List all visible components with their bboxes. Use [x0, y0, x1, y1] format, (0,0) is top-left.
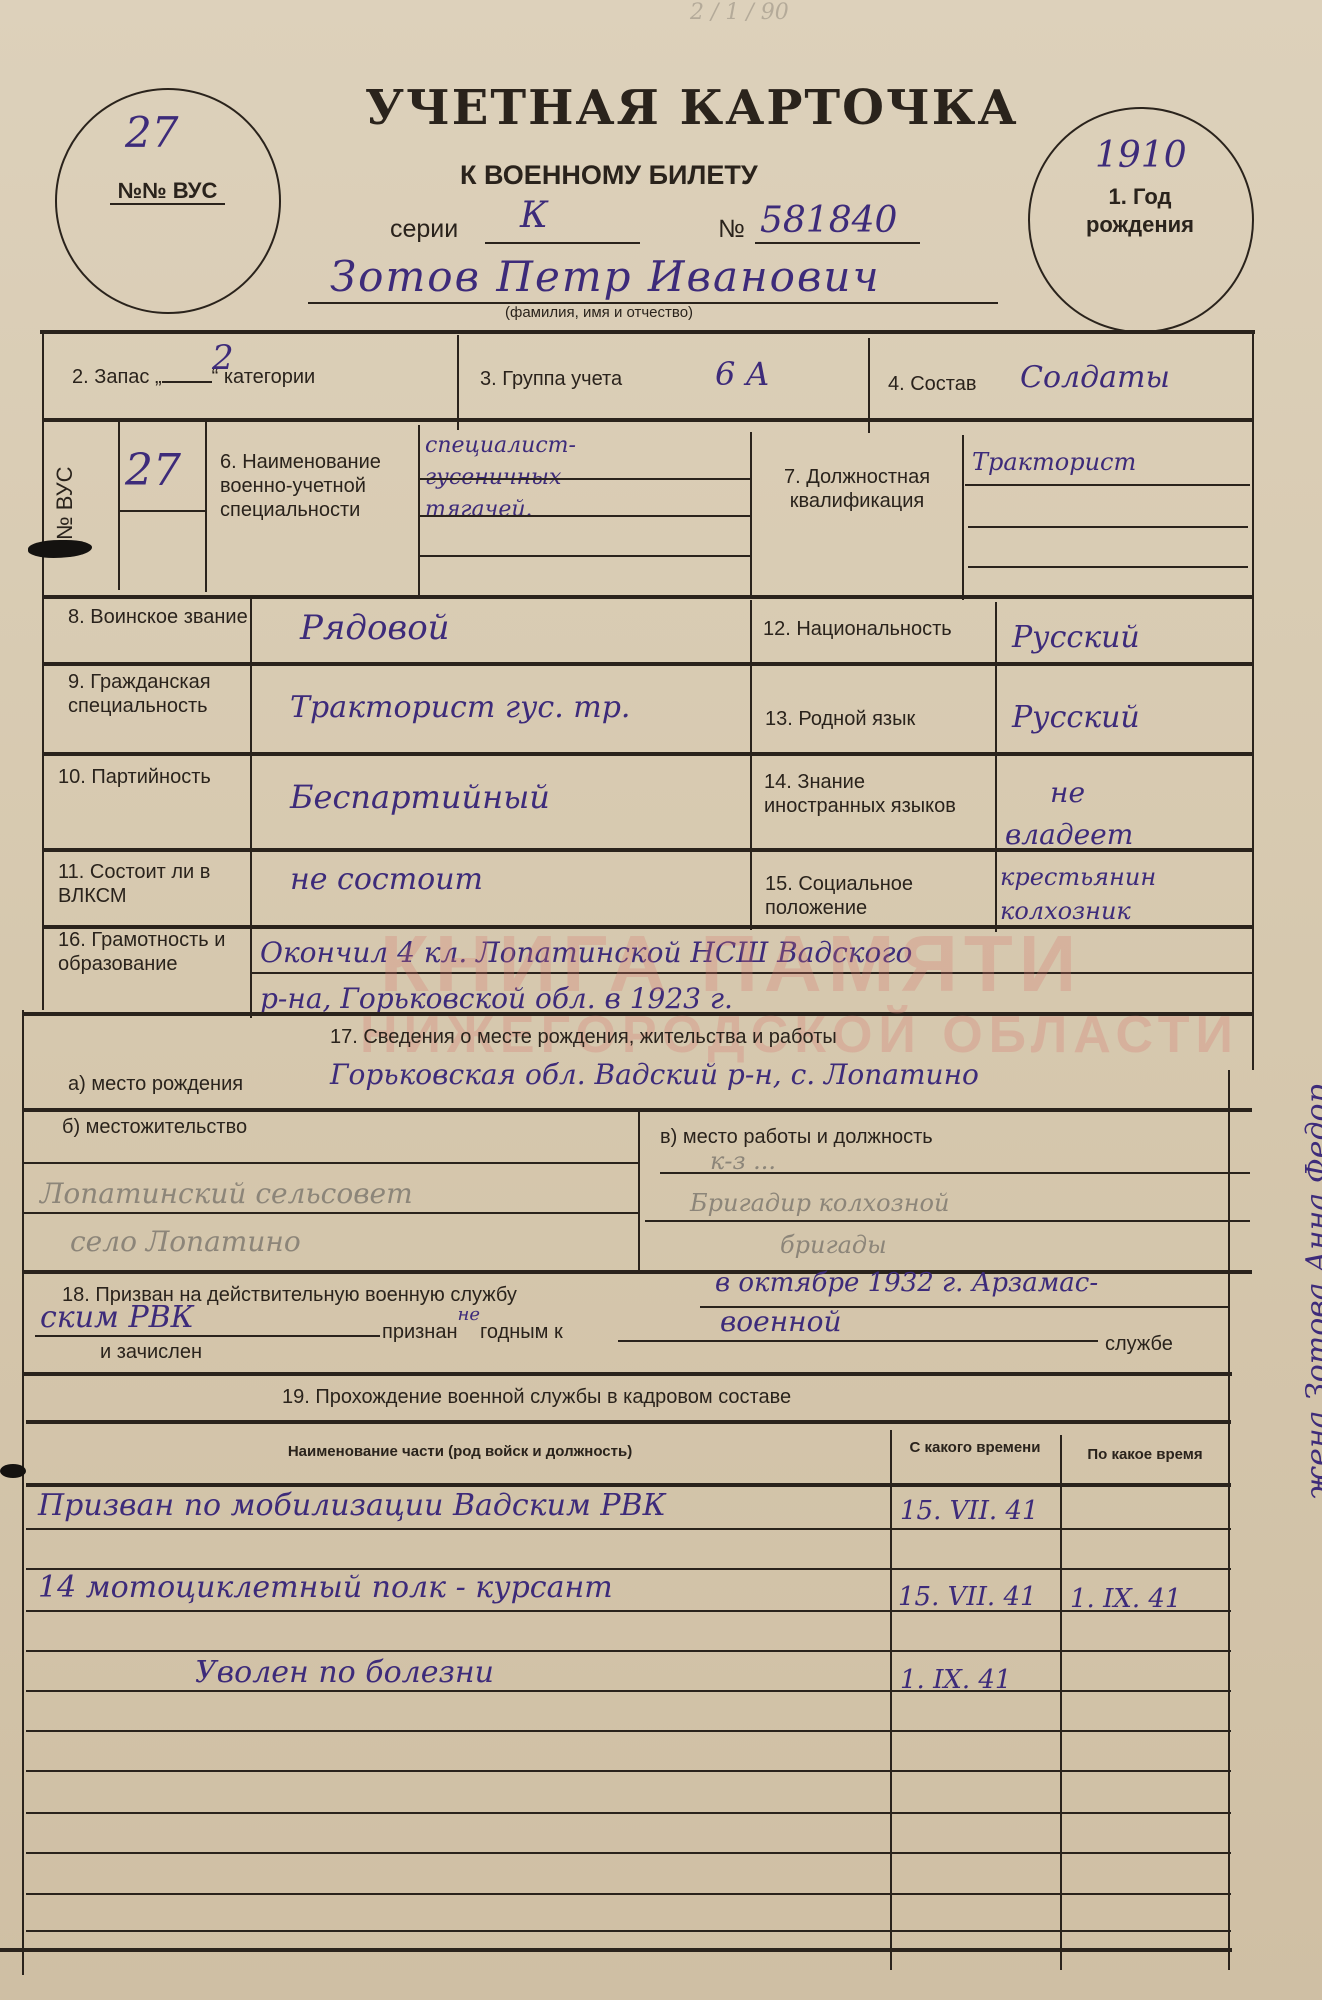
field-6-label: 6. Наименование военно-учетной специальн… — [220, 450, 410, 522]
table-row-3-from: 1. IX. 41 — [900, 1665, 1011, 1695]
field-10-label: 10. Партийность — [58, 765, 248, 789]
number-value: 581840 — [760, 200, 897, 241]
column-header-from: С какого времени — [900, 1438, 1050, 1458]
section-18-value-2: ским РВК — [40, 1300, 194, 1335]
field-14-value: не владеет — [1005, 772, 1133, 856]
column-header-to: По какое время — [1065, 1445, 1225, 1465]
field-11-label: 11. Состоит ли в ВЛКСМ — [58, 860, 248, 908]
field-10-value: Беспартийный — [290, 778, 550, 816]
field-5-label: № ВУС — [52, 466, 78, 540]
field-8-value: Рядовой — [300, 608, 450, 648]
field-15-label: 15. Социальное положение — [765, 872, 985, 920]
series-label: серии — [390, 215, 458, 244]
residence-value: Лопатинский сельсовет село Лопатино — [40, 1170, 413, 1266]
field-3-label: 3. Группа учета — [480, 367, 622, 391]
section-18-value-3: военной — [720, 1305, 842, 1338]
field-7-value: Тракторист — [972, 448, 1136, 476]
work-value: к-з ... Бригадир колхозной бригады — [690, 1140, 949, 1266]
residence-label: б) местожительство — [62, 1115, 247, 1139]
section-17-title: 17. Сведения о месте рождения, жительств… — [330, 1025, 837, 1049]
field-12-label: 12. Национальность — [763, 617, 983, 641]
field-5-value: 27 — [125, 445, 181, 496]
field-4-label: 4. Состав — [888, 372, 977, 396]
field-16-label: 16. Грамотность и образование — [58, 928, 248, 976]
birth-year-value: 1910 — [1095, 135, 1187, 176]
field-2-value: 2 — [212, 338, 234, 378]
table-row-3-unit: Уволен по болезни — [195, 1655, 494, 1690]
table-row-2-from: 15. VII. 41 — [898, 1582, 1037, 1612]
field-8-label: 8. Воинское звание — [68, 605, 248, 629]
fullname-caption: (фамилия, имя и отчество) — [505, 304, 693, 321]
section-19-title: 19. Прохождение военной службы в кадрово… — [282, 1385, 791, 1409]
field-13-label: 13. Родной язык — [765, 707, 915, 731]
field-7-label: 7. Должностная квалификация — [757, 465, 957, 513]
watermark-line-1: КНИГА ПАМЯТИ — [380, 918, 1082, 1010]
birth-year-label: 1. Год рождения — [1040, 183, 1240, 239]
vus-circle-label: №№ ВУС — [65, 178, 270, 204]
field-12-value: Русский — [1012, 620, 1140, 655]
field-4-value: Солдаты — [1020, 360, 1170, 395]
field-9-label: 9. Гражданская специальность — [68, 670, 248, 718]
birthplace-label: а) место рождения — [68, 1072, 243, 1096]
series-value: К — [520, 195, 548, 236]
field-3-value: 6 А — [715, 355, 770, 393]
table-row-1-from: 15. VII. 41 — [900, 1496, 1039, 1526]
field-9-value: Тракторист гус. тр. — [290, 690, 630, 725]
table-row-2-unit: 14 мотоциклетный полк - курсант — [38, 1570, 613, 1605]
document-subtitle: К ВОЕННОМУ БИЛЕТУ — [460, 160, 758, 191]
margin-note: жена Зотова Анна Федор. — [1300, 1075, 1322, 1500]
section-18-label-2: признаннегодным к — [382, 1320, 563, 1345]
field-14-label: 14. Знание иностранных языков — [764, 770, 984, 818]
faint-top-mark: 2 / 1 / 90 — [690, 0, 789, 25]
field-13-value: Русский — [1012, 700, 1140, 735]
field-2-label: 2. Запас „“ категории — [72, 365, 315, 389]
table-row-2-to: 1. IX. 41 — [1070, 1584, 1181, 1614]
birthplace-value: Горьковская обл. Вадский р-н, с. Лопатин… — [330, 1058, 979, 1091]
section-18-label-4: и зачислен — [100, 1340, 202, 1364]
vus-circle-value: 27 — [125, 108, 178, 157]
column-header-unit: Наименование части (род войск и должност… — [30, 1443, 890, 1460]
document-title: УЧЕТНАЯ КАРТОЧКА — [365, 80, 1019, 136]
section-18-value-1: в октябре 1932 г. Арзамас- — [715, 1268, 1098, 1298]
field-11-value: не состоит — [290, 862, 483, 897]
number-label: № — [718, 215, 745, 244]
table-row-1-unit: Призван по мобилизации Вадским РВК — [38, 1488, 666, 1523]
ink-blot — [0, 1464, 26, 1478]
section-18-label-3: службе — [1105, 1332, 1173, 1356]
fullname-value: Зотов Петр Иванович — [330, 252, 881, 301]
